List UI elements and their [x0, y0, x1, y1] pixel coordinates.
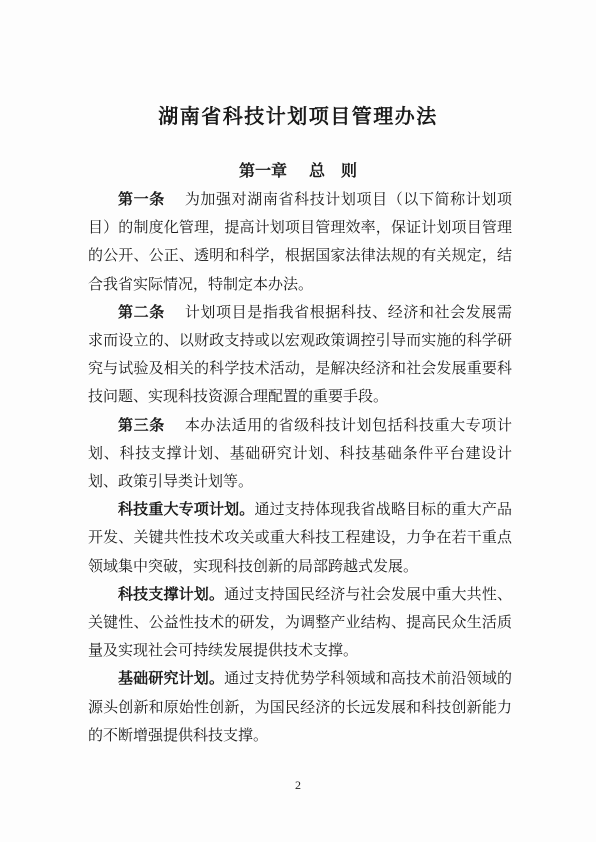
paragraph-basic-research-plan: 基础研究计划。通过支持优势学科领域和高技术前沿领域的源头创新和原始性创新，为国民… — [88, 665, 512, 750]
paragraph-lead: 第一条 — [118, 192, 165, 208]
paragraph-lead: 第二条 — [118, 305, 165, 321]
paragraph-lead: 科技支撑计划。 — [118, 587, 224, 603]
paragraph-article-2: 第二条计划项目是指我省根据科技、经济和社会发展需求而设立的、以财政支持或以宏观政… — [88, 299, 512, 412]
page-number: 2 — [0, 778, 596, 793]
document-title: 湖南省科技计划项目管理办法 — [0, 100, 596, 129]
paragraph-support-plan: 科技支撑计划。通过支持国民经济与社会发展中重大共性、关键性、公益性技术的研发，为… — [88, 581, 512, 666]
chapter-title: 总 则 — [309, 163, 357, 180]
paragraph-lead: 第三条 — [118, 418, 165, 434]
paragraph-major-special-plan: 科技重大专项计划。通过支持体现我省战略目标的重大产品开发、关键共性技术攻关或重大… — [88, 496, 512, 581]
document-body: 第一条为加强对湖南省科技计划项目（以下简称计划项目）的制度化管理，提高计划项目管… — [88, 186, 512, 750]
paragraph-article-1: 第一条为加强对湖南省科技计划项目（以下简称计划项目）的制度化管理，提高计划项目管… — [88, 186, 512, 299]
paragraph-lead: 科技重大专项计划。 — [118, 502, 254, 518]
document-page: 湖南省科技计划项目管理办法 第一章总 则 第一条为加强对湖南省科技计划项目（以下… — [0, 0, 596, 842]
paragraph-lead: 基础研究计划。 — [118, 671, 224, 687]
paragraph-article-3: 第三条本办法适用的省级科技计划包括科技重大专项计划、科技支撑计划、基础研究计划、… — [88, 412, 512, 497]
chapter-heading: 第一章总 则 — [0, 158, 596, 181]
chapter-number: 第一章 — [239, 163, 287, 180]
